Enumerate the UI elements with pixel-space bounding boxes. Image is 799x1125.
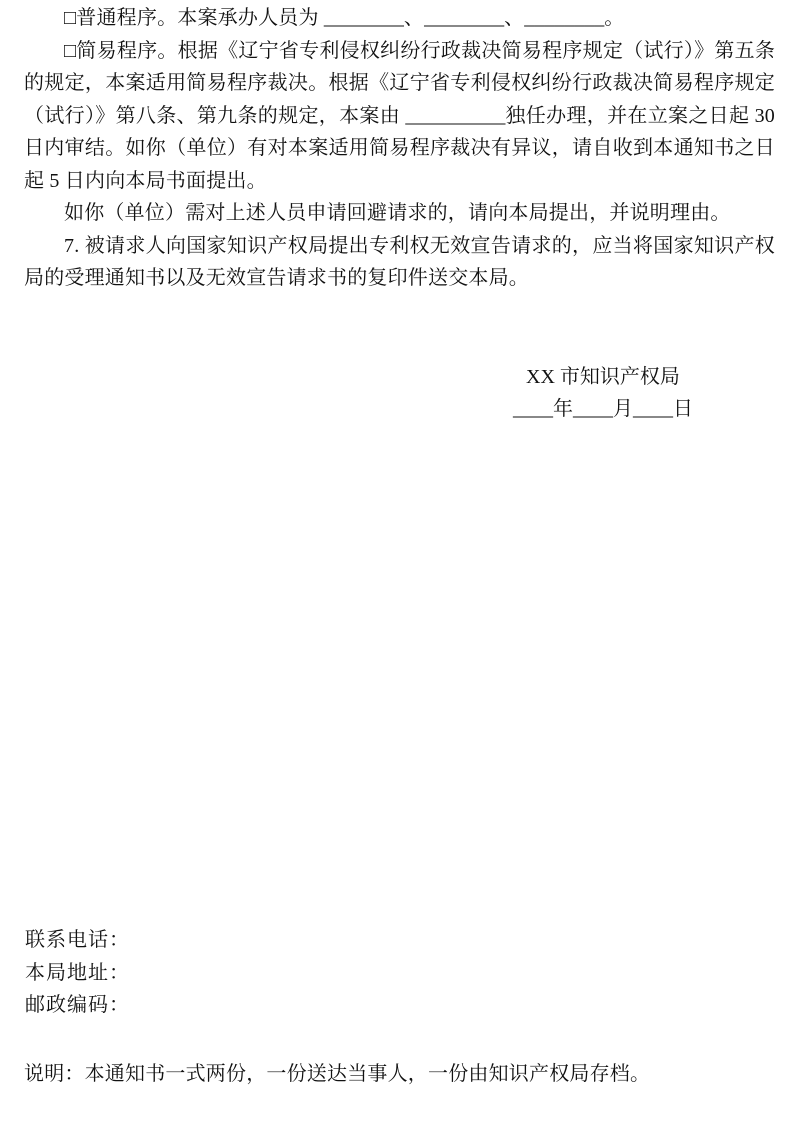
signature-date-line: ____年____月____日 <box>513 393 693 426</box>
contact-phone-label: 联系电话： <box>25 924 130 957</box>
ordinary-procedure-text: 普通程序。本案承办人员为 <box>76 7 324 29</box>
blank-separator-2: 、 <box>504 7 524 29</box>
ordinary-procedure-period: 。 <box>604 7 624 29</box>
blank-separator-1: 、 <box>404 7 424 29</box>
paragraph-recusal: 如你（单位）需对上述人员申请回避请求的，请向本局提出，并说明理由。 <box>24 197 775 230</box>
footer-note: 说明：本通知书一式两份，一份送达当事人，一份由知识产权局存档。 <box>24 1058 775 1091</box>
paragraph-summary-procedure: □简易程序。根据《辽宁省专利侵权纠纷行政裁决简易程序规定（试行）》第五条的规定，… <box>24 35 775 198</box>
paragraph-ordinary-procedure: □普通程序。本案承办人员为 ________、________、________… <box>24 2 775 35</box>
case-handler-blank-2: ________ <box>424 7 504 29</box>
contact-postcode-label: 邮政编码： <box>25 989 130 1022</box>
paragraph-item-7: 7. 被请求人向国家知识产权局提出专利权无效宣告请求的，应当将国家知识产权局的受… <box>24 230 775 295</box>
document-page: □普通程序。本案承办人员为 ________、________、________… <box>0 0 799 1125</box>
case-handler-blank-3: ________ <box>524 7 604 29</box>
document-body: □普通程序。本案承办人员为 ________、________、________… <box>24 2 775 426</box>
summary-procedure-checkbox-icon: □ <box>64 40 76 62</box>
contact-block: 联系电话： 本局地址： 邮政编码： <box>25 924 130 1022</box>
case-handler-blank-1: ________ <box>324 7 404 29</box>
contact-address-label: 本局地址： <box>25 957 130 990</box>
sole-handler-blank: __________ <box>405 105 505 127</box>
ordinary-procedure-checkbox-icon: □ <box>64 7 76 29</box>
issuing-authority: XX 市知识产权局 <box>513 361 693 394</box>
signature-block: XX 市知识产权局 ____年____月____日 <box>513 361 693 426</box>
